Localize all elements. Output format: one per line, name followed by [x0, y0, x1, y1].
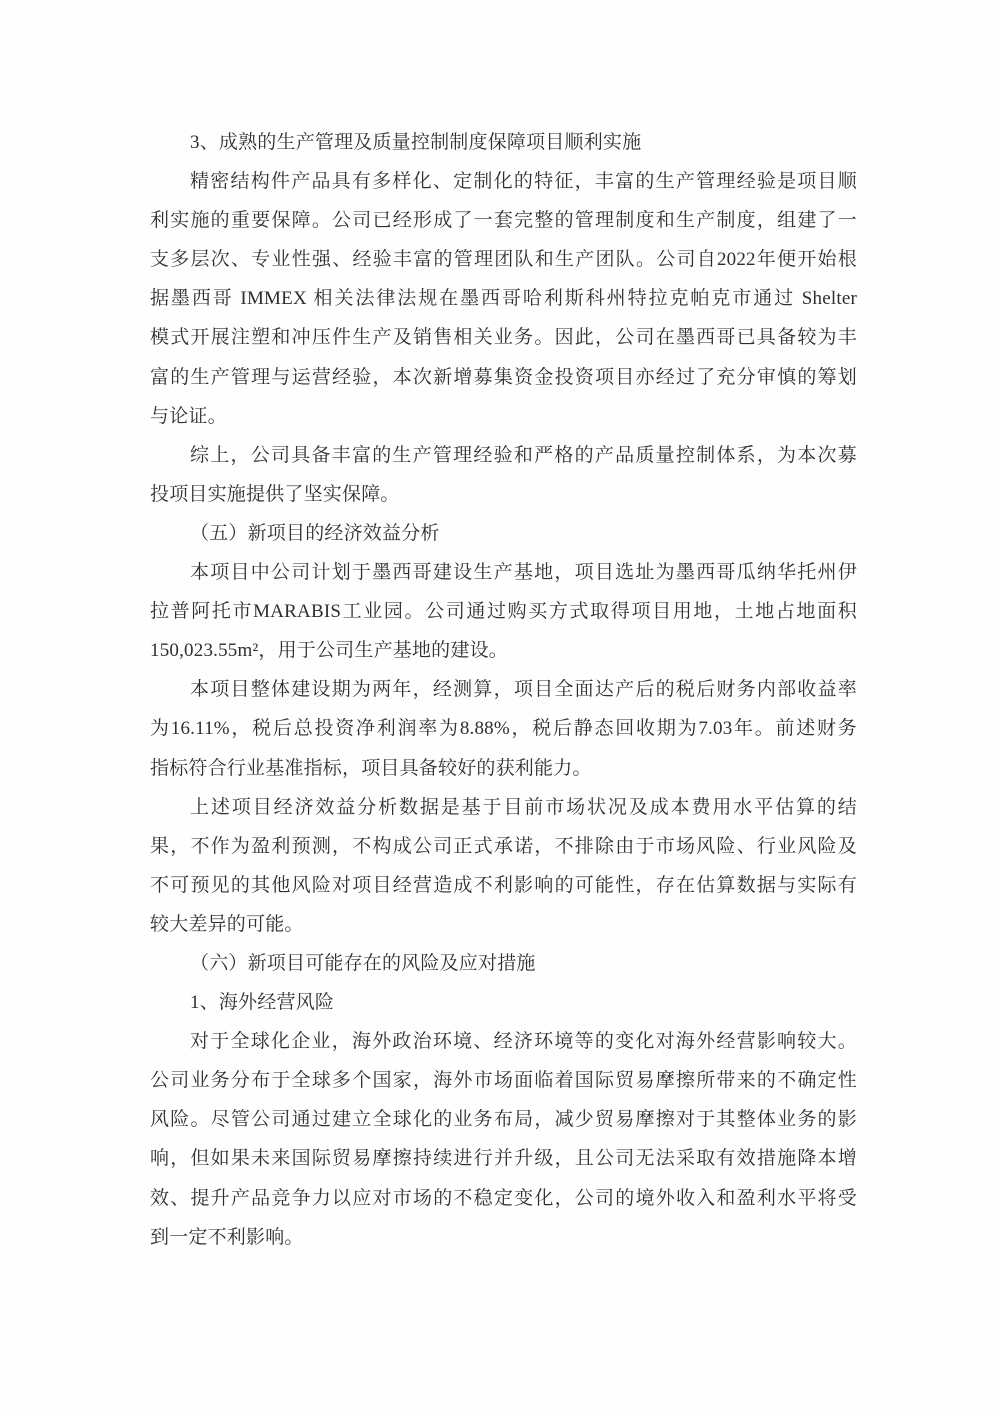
heading-line: 3、成熟的生产管理及质量控制制度保障项目顺利实施 [150, 123, 857, 162]
text-line: 支多层次、专业性强、经验丰富的管理团队和生产团队。公司自2022年便开始根 [150, 240, 857, 279]
text-line: 拉普阿托市MARABIS工业园。公司通过购买方式取得项目用地，土地占地面积 [150, 592, 857, 631]
text-line: 富的生产管理与运营经验，本次新增募集资金投资项目亦经过了充分审慎的筹划 [150, 358, 857, 397]
text-line: 综上，公司具备丰富的生产管理经验和严格的产品质量控制体系，为本次募 [150, 436, 857, 475]
text-line: 效、提升产品竞争力以应对市场的不稳定变化，公司的境外收入和盈利水平将受 [150, 1179, 857, 1218]
text-line: 不可预见的其他风险对项目经营造成不利影响的可能性，存在估算数据与实际有 [150, 866, 857, 905]
text-line: 投项目实施提供了坚实保障。 [150, 475, 857, 514]
text-line: 据墨西哥 IMMEX 相关法律法规在墨西哥哈利斯科州特拉克帕克市通过 Shelt… [150, 279, 857, 318]
text-line: 公司业务分布于全球多个国家，海外市场面临着国际贸易摩擦所带来的不确定性 [150, 1061, 857, 1100]
document-page: 3、成熟的生产管理及质量控制制度保障项目顺利实施精密结构件产品具有多样化、定制化… [0, 0, 1000, 1414]
heading-line: （六）新项目可能存在的风险及应对措施 [150, 944, 857, 983]
text-line: 对于全球化企业，海外政治环境、经济环境等的变化对海外经营影响较大。 [150, 1022, 857, 1061]
text-line: 果，不作为盈利预测，不构成公司正式承诺，不排除由于市场风险、行业风险及 [150, 827, 857, 866]
text-line: 上述项目经济效益分析数据是基于目前市场状况及成本费用水平估算的结 [150, 788, 857, 827]
text-line: 响，但如果未来国际贸易摩擦持续进行并升级，且公司无法采取有效措施降本增 [150, 1139, 857, 1178]
text-line: 模式开展注塑和冲压件生产及销售相关业务。因此，公司在墨西哥已具备较为丰 [150, 318, 857, 357]
document-text: 3、成熟的生产管理及质量控制制度保障项目顺利实施精密结构件产品具有多样化、定制化… [150, 123, 857, 1257]
text-line: 本项目中公司计划于墨西哥建设生产基地，项目选址为墨西哥瓜纳华托州伊 [150, 553, 857, 592]
text-line: 到一定不利影响。 [150, 1218, 857, 1257]
heading-line: 1、海外经营风险 [150, 983, 857, 1022]
text-line: 本项目整体建设期为两年，经测算，项目全面达产后的税后财务内部收益率 [150, 670, 857, 709]
text-line: 风险。尽管公司通过建立全球化的业务布局，减少贸易摩擦对于其整体业务的影 [150, 1100, 857, 1139]
text-line: 利实施的重要保障。公司已经形成了一套完整的管理制度和生产制度，组建了一 [150, 201, 857, 240]
text-line: 150,023.55m²，用于公司生产基地的建设。 [150, 631, 857, 670]
text-line: 指标符合行业基准指标，项目具备较好的获利能力。 [150, 749, 857, 788]
text-line: 与论证。 [150, 397, 857, 436]
text-line: 较大差异的可能。 [150, 905, 857, 944]
text-line: 为16.11%，税后总投资净利润率为8.88%，税后静态回收期为7.03年。前述… [150, 709, 857, 748]
heading-line: （五）新项目的经济效益分析 [150, 514, 857, 553]
text-line: 精密结构件产品具有多样化、定制化的特征，丰富的生产管理经验是项目顺 [150, 162, 857, 201]
